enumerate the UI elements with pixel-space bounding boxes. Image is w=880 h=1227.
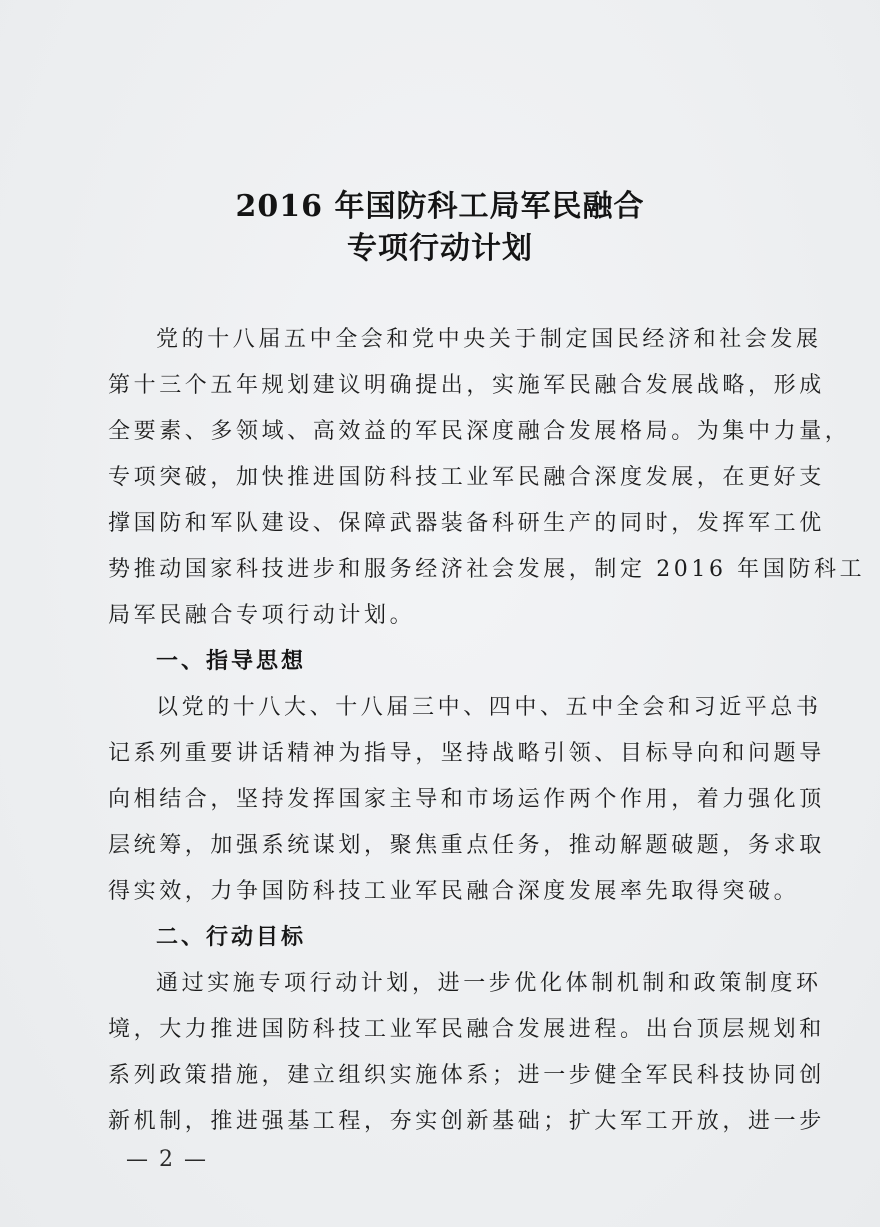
intro-paragraph-line: 势推动国家科技进步和服务经济社会发展，制定 2016 年国防科工 <box>108 547 784 593</box>
intro-paragraph-line: 第十三个五年规划建议明确提出，实施军民融合发展战略，形成 <box>108 363 784 409</box>
section-2-line: 系列政策措施，建立组织实施体系；进一步健全军民科技协同创 <box>108 1053 784 1099</box>
section-1-line: 得实效，力争国防科技工业军民融合深度发展率先取得突破。 <box>108 869 784 915</box>
section-2-line: 境，大力推进国防科技工业军民融合发展进程。出台顶层规划和 <box>108 1007 784 1053</box>
intro-paragraph-line: 专项突破，加快推进国防科技工业军民融合深度发展，在更好支 <box>108 455 784 501</box>
intro-paragraph-line: 撑国防和军队建设、保障武器装备科研生产的同时，发挥军工优 <box>108 501 784 547</box>
section-1-line: 层统筹，加强系统谋划，聚焦重点任务，推动解题破题，务求取 <box>108 823 784 869</box>
document-title-line-1: 2016 年国防科工局军民融合 <box>0 186 880 228</box>
section-heading-action-goals: 二、行动目标 <box>156 915 306 961</box>
intro-paragraph-line: 局军民融合专项行动计划。 <box>108 593 784 639</box>
section-1-line: 向相结合，坚持发挥国家主导和市场运作两个作用，着力强化顶 <box>108 777 784 823</box>
intro-paragraph-line: 党的十八届五中全会和党中央关于制定国民经济和社会发展 <box>156 317 784 363</box>
section-heading-guiding-ideology: 一、指导思想 <box>156 639 306 685</box>
section-2-line: 通过实施专项行动计划，进一步优化体制机制和政策制度环 <box>156 961 784 1007</box>
intro-paragraph-line: 全要素、多领域、高效益的军民深度融合发展格局。为集中力量， <box>108 409 784 455</box>
section-1-line: 记系列重要讲话精神为指导，坚持战略引领、目标导向和问题导 <box>108 731 784 777</box>
document-title-line-2: 专项行动计划 <box>0 228 880 270</box>
section-2-line: 新机制，推进强基工程，夯实创新基础；扩大军工开放，进一步 <box>108 1099 784 1145</box>
section-1-line: 以党的十八大、十八届三中、四中、五中全会和习近平总书 <box>156 685 784 731</box>
page-number: — 2 — <box>126 1145 208 1175</box>
document-page: 2016 年国防科工局军民融合 专项行动计划 党的十八届五中全会和党中央关于制定… <box>0 0 880 1227</box>
